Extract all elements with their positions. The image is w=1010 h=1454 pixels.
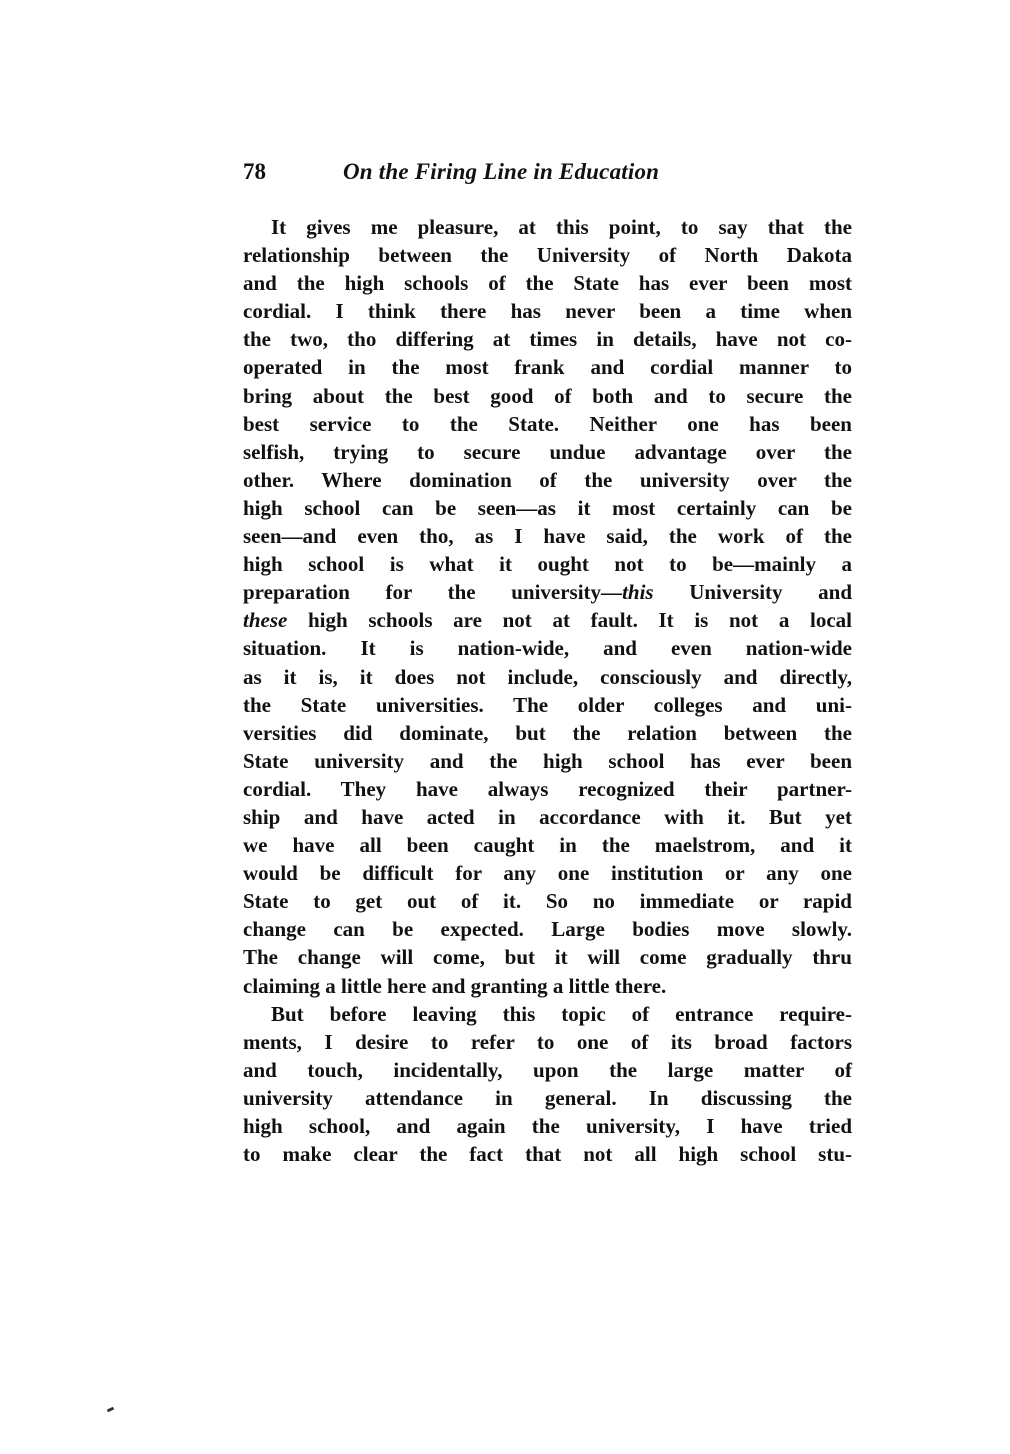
paragraph-2-line: university attendance in general. In dis… bbox=[243, 1084, 852, 1112]
paragraph-1-line: It gives me pleasure, at this point, to … bbox=[243, 213, 852, 241]
line-text: high schools are not at fault. It is not… bbox=[287, 608, 852, 632]
paragraph-1-line: best service to the State. Neither one h… bbox=[243, 410, 852, 438]
paragraph-1-line: high school can be seen—as it most certa… bbox=[243, 494, 852, 522]
paragraph-1-line: The change will come, but it will come g… bbox=[243, 943, 852, 971]
emphasis-these: these bbox=[243, 608, 287, 632]
paragraph-1-line: State university and the high school has… bbox=[243, 747, 852, 775]
paragraph-1-line: State to get out of it. So no immediate … bbox=[243, 887, 852, 915]
paragraph-1-line: operated in the most frank and cordial m… bbox=[243, 353, 852, 381]
paragraph-1-line: the two, tho differing at times in detai… bbox=[243, 325, 852, 353]
paragraph-1-line: would be difficult for any one instituti… bbox=[243, 859, 852, 887]
body-text: It gives me pleasure, at this point, to … bbox=[243, 213, 852, 1168]
running-header: 78 On the Firing Line in Education bbox=[243, 155, 853, 189]
paragraph-1-line: relationship between the University of N… bbox=[243, 241, 852, 269]
paragraph-1-line: change can be expected. Large bodies mov… bbox=[243, 915, 852, 943]
paragraph-1-line: and the high schools of the State has ev… bbox=[243, 269, 852, 297]
paragraph-2-line: and touch, incidentally, upon the large … bbox=[243, 1056, 852, 1084]
paragraph-1-line: high school is what it ought not to be—m… bbox=[243, 550, 852, 578]
book-title: On the Firing Line in Education bbox=[343, 155, 659, 189]
paragraph-1-line: these high schools are not at fault. It … bbox=[243, 606, 852, 634]
paragraph-1-line: bring about the best good of both and to… bbox=[243, 382, 852, 410]
paragraph-2-line: high school, and again the university, I… bbox=[243, 1112, 852, 1140]
paragraph-1-line: preparation for the university—this Univ… bbox=[243, 578, 852, 606]
paragraph-1-line: cordial. I think there has never been a … bbox=[243, 297, 852, 325]
line-text: preparation for the university— bbox=[243, 580, 622, 604]
emphasis-this: this bbox=[622, 580, 654, 604]
line-text: University and bbox=[654, 580, 852, 604]
paragraph-1-line: cordial. They have always recognized the… bbox=[243, 775, 852, 803]
paragraph-1-line: the State universities. The older colleg… bbox=[243, 691, 852, 719]
paragraph-2-line: to make clear the fact that not all high… bbox=[243, 1140, 852, 1168]
paragraph-1-line: seen—and even tho, as I have said, the w… bbox=[243, 522, 852, 550]
paragraph-1-line: we have all been caught in the maelstrom… bbox=[243, 831, 852, 859]
paragraph-1-line: selfish, trying to secure undue advantag… bbox=[243, 438, 852, 466]
paragraph-2-line: But before leaving this topic of entranc… bbox=[243, 1000, 852, 1028]
paragraph-1-line: as it is, it does not include, conscious… bbox=[243, 663, 852, 691]
scan-artifact-mark bbox=[107, 1407, 115, 1413]
paragraph-1-line: other. Where domination of the universit… bbox=[243, 466, 852, 494]
paragraph-1-line: ship and have acted in accordance with i… bbox=[243, 803, 852, 831]
book-page: 78 On the Firing Line in Education It gi… bbox=[0, 0, 1010, 1454]
paragraph-1-line: claiming a little here and granting a li… bbox=[243, 972, 852, 1000]
paragraph-1-line: situation. It is nation-wide, and even n… bbox=[243, 634, 852, 662]
paragraph-1-line: versities did dominate, but the relation… bbox=[243, 719, 852, 747]
paragraph-2-line: ments, I desire to refer to one of its b… bbox=[243, 1028, 852, 1056]
page-number: 78 bbox=[243, 155, 266, 189]
